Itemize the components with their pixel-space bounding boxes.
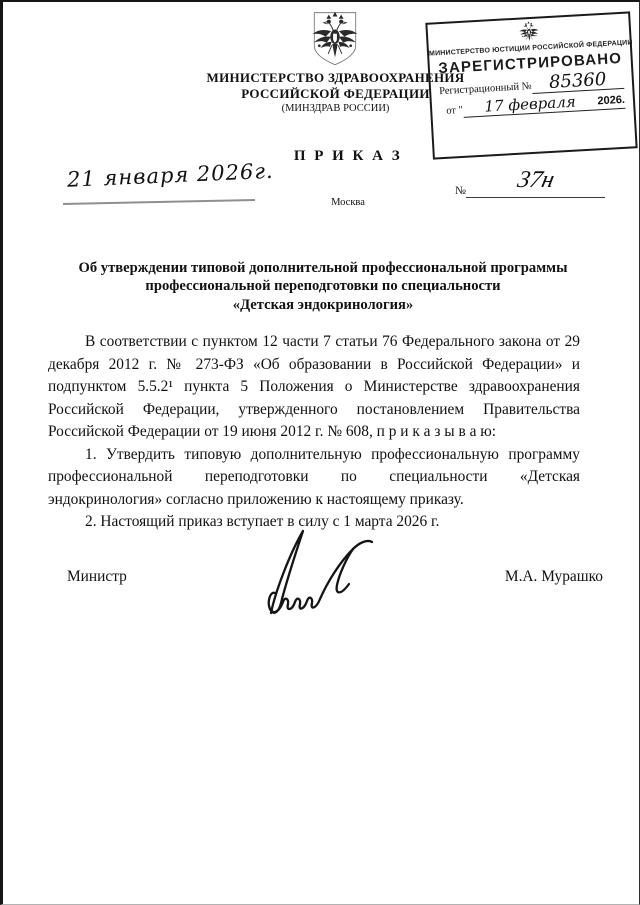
stamp-date-year: 2026. — [597, 94, 625, 111]
number-underline: 37н — [466, 165, 605, 198]
signatory-position: Министр — [67, 568, 127, 586]
document-title: Об утверждении типовой дополнительной пр… — [58, 259, 588, 314]
document-body: В соответствии с пунктом 12 части 7 стат… — [48, 331, 580, 534]
minister-signature — [241, 524, 381, 618]
stamp-coat-of-arms-icon — [513, 20, 544, 46]
order-number-handwritten: 37н — [514, 165, 556, 195]
title-line: профессиональной переподготовки по специ… — [58, 277, 588, 295]
document-page: МИНИСТЕРСТВО ЗДРАВООХРАНЕНИЯ РОССИЙСКОЙ … — [0, 0, 640, 905]
title-line: «Детская эндокринология» — [58, 296, 588, 314]
stamp-date-label: от " — [446, 105, 463, 119]
signatory-name: М.А. Мурашко — [505, 568, 603, 586]
coat-of-arms-icon — [307, 10, 363, 68]
paragraph: В соответствии с пунктом 12 части 7 стат… — [48, 331, 580, 444]
stamp-reg-number: 85360 — [531, 69, 624, 94]
title-line: Об утверждении типовой дополнительной пр… — [58, 259, 588, 277]
paragraph: 1. Утвердить типовую дополнительную проф… — [48, 444, 580, 512]
registration-stamp: МИНИСТЕРСТВО ЮСТИЦИИ РОССИЙСКОЙ ФЕДЕРАЦИ… — [425, 11, 637, 159]
order-number-row: № 37н — [455, 165, 605, 198]
number-label: № — [455, 185, 466, 198]
city-label: Москва — [53, 197, 640, 208]
